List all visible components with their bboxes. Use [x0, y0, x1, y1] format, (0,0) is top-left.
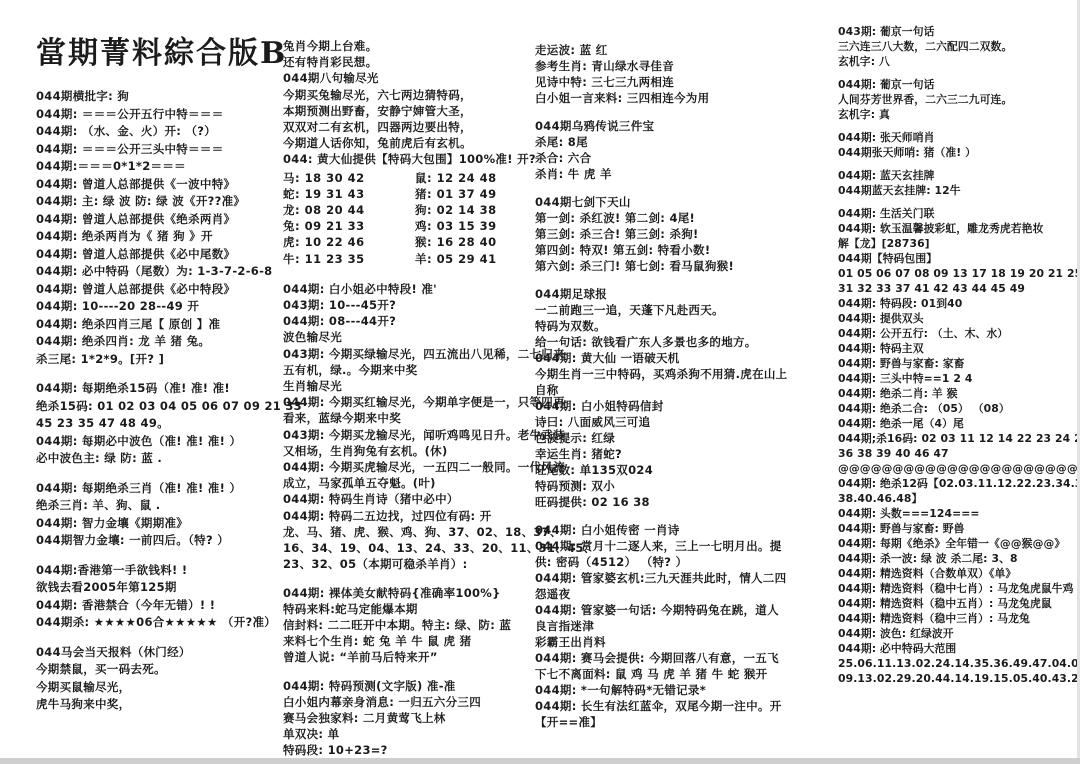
text-line: 044期:香港第一手欲钱料! ! [36, 562, 282, 580]
text-line: 玄机字: 八 [838, 54, 1076, 69]
text-line: 044期: 绝杀四肖: 龙 羊 猪 兔。 [36, 333, 282, 351]
line-spacer [535, 106, 807, 118]
text-line: 又相场，生肖狗兔有玄机。(休) [283, 443, 539, 459]
zodiac-row: 兔: 09 21 33鸡: 03 15 39 [283, 218, 539, 234]
text-line: 044期: 黄大仙 一语破天机 [535, 350, 807, 366]
text-line: 044期: 野兽与家畜: 家畜 [838, 356, 1076, 371]
line-spacer [283, 666, 539, 678]
line-spacer [36, 550, 282, 562]
zodiac-row: 蛇: 19 31 43猪: 01 37 49 [283, 186, 539, 202]
zodiac-cell-left: 蛇: 19 31 43 [283, 186, 415, 202]
text-line: 044期: 特码二五边找，过四位有码: 开 [283, 508, 539, 524]
text-line: 044期: 三头中特==1 2 4 [838, 371, 1076, 386]
zodiac-cell-right: 猪: 01 37 49 [415, 186, 497, 202]
text-line: 044期: 08---44开? [283, 313, 539, 329]
text-line: 给一句话: 欲钱看广东人多景也多的地方。 [535, 334, 807, 350]
text-line: 043期: 今期买龙输尽光，闻听鸡鸣见日升。老牛武装 [283, 427, 539, 443]
text-line: 044期: ＝＝＝公开三头中特＝＝＝ [36, 141, 282, 159]
text-line: 044期: 精选资料（稳中七肖）: 马龙兔虎鼠牛鸡 [838, 581, 1076, 596]
text-line: 043期: 10---45开? [283, 297, 539, 313]
text-line: 本期预测出野畜，安静宁婶管大圣， [283, 103, 539, 119]
column-1-lines: 044期横批字: 狗044期: ＝＝＝公开五行中特＝＝＝044期: （水、金、火… [36, 88, 282, 714]
text-line: 044期: 蓝天玄挂牌 [838, 168, 1076, 183]
text-line: 044期: 主: 绿 波 防: 绿 波《开??准》 [36, 193, 282, 211]
text-line: 044期;杀16码: 02 03 11 12 14 22 23 24 28 34… [838, 431, 1076, 446]
text-line: 今期禁鼠，买一码去死。 [36, 661, 282, 679]
text-line: 044期: 每期绝杀15码（准! 准! 准! [36, 380, 282, 398]
text-line: 杀合: 六合 [535, 150, 807, 166]
column-3-lines: 走运波: 蓝 红参考生肖: 青山绿水寻佳音见诗中特: 三七三九两相连白小姐一言来… [535, 42, 807, 730]
zodiac-cell-left: 虎: 10 22 46 [283, 234, 415, 250]
text-line: 09.13.02.29.20.44.14.19.15.05.40.43.27. [838, 671, 1076, 686]
text-line: 白小姐内幕亲身消息: 一归五六分三四 [283, 694, 539, 710]
page-title: 當期菁料綜合版B [36, 28, 282, 72]
zodiac-cell-right: 狗: 02 14 38 [415, 202, 497, 218]
text-line: 044期: 头数===124=== [838, 506, 1076, 521]
text-line: 看来，蓝绿今期来中奖 [283, 410, 539, 426]
text-line: 第四剑: 特双! 第五剑: 特看小数! [535, 242, 807, 258]
text-line: 色波提示: 红绿 [535, 430, 807, 446]
text-line: 044期: 今期买红输尽光，今期单字便是一，只等四再 [283, 394, 539, 410]
column-4-lines: 043期: 葡京一句话三六连三八大数，二六配四二双数。玄机字: 八044期: 葡… [838, 24, 1076, 686]
text-line: 解【龙】[28736] [838, 236, 1076, 251]
text-line: 044期: 提供双头 [838, 311, 1076, 326]
text-line: 25.06.11.13.02.24.14.35.36.49.47.04.03. [838, 656, 1076, 671]
text-line: 诗曰: 八面威风三可追 [535, 414, 807, 430]
text-line: 044期:＝＝＝0*1*2＝＝＝ [36, 158, 282, 176]
text-line: 044期: 绝杀12码【02.03.11.12.22.23.34.35.36 [838, 476, 1076, 491]
text-line: 信封料: 二二旺开中本期。特主: 绿、防: 蓝 [283, 617, 539, 633]
text-line: 双双对二有玄机，四器两边要出特， [283, 119, 539, 135]
text-line: 044期乌鸦传说三件宝 [535, 118, 807, 134]
text-line: 杀肖: 牛 虎 羊 [535, 166, 807, 182]
text-line: 五有机，绿.。今期来中奖 [283, 362, 539, 378]
text-line: 044期: 10----20 28--49 开 [36, 298, 282, 316]
text-line: 玄机字: 真 [838, 107, 1076, 122]
text-line: 幸运生肖: 猪蛇? [535, 446, 807, 462]
zodiac-cell-right: 鸡: 03 15 39 [415, 218, 497, 234]
text-line: 044期张天师哨: 猪（准! ） [838, 145, 1076, 160]
text-line: 044期: 精选资料（合数单双）《单》 [838, 566, 1076, 581]
text-line: 044期: 绝杀四肖三尾【 原创 】准 [36, 316, 282, 334]
text-line: 单双决: 单 [283, 726, 539, 742]
text-line: 044期: 白小姐特码信封 [535, 398, 807, 414]
text-line: 044期: 绝杀二肖: 羊 猴 [838, 386, 1076, 401]
text-line: 043期: 葡京一句话 [838, 24, 1076, 39]
scan-edge-bottom [0, 758, 1080, 764]
text-line: 044期【特码包围】 [838, 251, 1076, 266]
text-line: 044期: 绝杀两肖为《 猪 狗 》开 [36, 228, 282, 246]
zodiac-row: 马: 18 30 42鼠: 12 24 48 [283, 170, 539, 186]
text-line: 杀三尾: 1*2*9。[开? ] [36, 351, 282, 369]
text-line: 044期: 每期必中波色（准! 准! 准! ） [36, 433, 282, 451]
zodiac-row: 虎: 10 22 46猴: 16 28 40 [283, 234, 539, 250]
text-line: 赛马会独家料: 二月黄莺飞上林 [283, 710, 539, 726]
text-line: 044期: 必中特码（尾数）为: 1-3-7-2-6-8 [36, 263, 282, 281]
line-spacer [283, 269, 539, 281]
zodiac-number-table: 马: 18 30 42鼠: 12 24 48蛇: 19 31 43猪: 01 3… [283, 170, 539, 267]
text-line: 044期: 白小姐传密 一肖诗 [535, 522, 807, 538]
text-line: 【开==准】 [535, 714, 807, 730]
text-line: 044期: 赏月十二逐人来，三上一七明月出。提 [535, 538, 807, 554]
text-line: 044期: 生活关门联 [838, 206, 1076, 221]
text-line: 虎牛马狗来中奖， [36, 696, 282, 714]
text-line: 044期: 曾道人总部提供《必中特段》 [36, 281, 282, 299]
text-line: 见诗中特: 三七三九两相连 [535, 74, 807, 90]
text-line: 参考生肖: 青山绿水寻佳音 [535, 58, 807, 74]
line-spacer [535, 274, 807, 286]
zodiac-cell-right: 羊: 05 29 41 [415, 251, 497, 267]
text-line: 欲钱去看2005年第125期 [36, 579, 282, 597]
text-line: 044期: 每期绝杀三肖（准! 准! 准! ） [36, 480, 282, 498]
text-line: 波色输尽光 [283, 329, 539, 345]
zodiac-cell-right: 鼠: 12 24 48 [415, 170, 497, 186]
text-line: 今期买鼠输尽光， [36, 679, 282, 697]
zodiac-cell-right: 猴: 16 28 40 [415, 234, 497, 250]
zodiac-cell-left: 牛: 11 23 35 [283, 251, 415, 267]
text-line: 供: 密码（4512） （特? ） [535, 554, 807, 570]
text-line: 044期: *一句解特码*无错记录* [535, 682, 807, 698]
text-line: 044期: 特码预测(文字版) 准-准 [283, 678, 539, 694]
text-line: 生肖输尽光 [283, 378, 539, 394]
line-spacer [535, 182, 807, 194]
text-line: 必中波色主: 绿 防: 蓝 . [36, 450, 282, 468]
text-line: 特码预测: 双小 [535, 478, 807, 494]
text-line: 044期: 赛马会提供: 今期回落八有意，一五飞 [535, 650, 807, 666]
text-line: 044期: 野兽与家畜: 野兽 [838, 521, 1076, 536]
text-line: 043期: 今期买绿输尽光，四五流出八见稀，二七归来 [283, 346, 539, 362]
text-line: 044期: 必中特码大范围 [838, 641, 1076, 656]
text-line: 特码为双数。 [535, 318, 807, 334]
zodiac-cell-left: 马: 18 30 42 [283, 170, 415, 186]
text-line: 彩霸王出肖料 [535, 634, 807, 650]
text-line: 白小姐一言来料: 三四相连今为用 [535, 90, 807, 106]
text-line: 龙、马、猪、虎、猴、鸡、狗、37、02、18、37、 [283, 524, 539, 540]
text-line: 044期: 精选资料（稳中五肖）: 马龙兔虎鼠 [838, 596, 1076, 611]
text-line: 044马会当天报料（休门经） [36, 644, 282, 662]
line-spacer [535, 510, 807, 522]
text-line: 绝杀三肖: 羊、狗、鼠 . [36, 497, 282, 515]
line-spacer [36, 368, 282, 380]
text-line: 一二前跑三一追，天蓬下凡赴西天。 [535, 302, 807, 318]
text-line: 044: 黄大仙提供【特码大包围】100%准! 开? [283, 151, 539, 167]
text-line: 特码段: 10+23=? [283, 742, 539, 758]
line-spacer [36, 632, 282, 644]
text-line: 走运波: 蓝 红 [535, 42, 807, 58]
text-line: 成立，马家孤单五夺魁。(叶) [283, 475, 539, 491]
zodiac-cell-left: 兔: 09 21 33 [283, 218, 415, 234]
text-line: 044期: 杀一波: 绿 波 杀二尾: 3、8 [838, 551, 1076, 566]
text-line: 044期足球报 [535, 286, 807, 302]
text-line: 三六连三八大数，二六配四二双数。 [838, 39, 1076, 54]
column-4: 043期: 葡京一句话三六连三八大数，二六配四二双数。玄机字: 八044期: 葡… [838, 24, 1076, 686]
text-line: 01 05 06 07 08 09 13 17 18 19 20 21 25 2… [838, 266, 1076, 281]
text-line: 044期: 每期《绝杀》全年错一《@@猴@@》 [838, 536, 1076, 551]
text-line: @@@@@@@@@@@@@@@@@@@@@@ [838, 461, 1076, 476]
line-spacer [838, 160, 1076, 168]
text-line: 38.40.46.48】 [838, 491, 1076, 506]
text-line: 旺尾数: 单135双024 [535, 462, 807, 478]
text-line: 今期生肖一三中特码，买鸡杀狗不用猜.虎在山上 [535, 366, 807, 382]
text-line: 第六剑: 杀三门! 第七剑: 看马鼠狗猴! [535, 258, 807, 274]
line-spacer [838, 122, 1076, 130]
text-line: 16、34、19、04、13、24、33、20、11、31、45、 [283, 540, 539, 556]
lottery-tip-sheet-page: 當期菁料綜合版B 044期横批字: 狗044期: ＝＝＝公开五行中特＝＝＝044… [0, 0, 1080, 764]
column-2: 兔肖今期上台难。还有特肖彩民想。044期八句输尽光今期买兔输尽光，六七两边猜特码… [283, 38, 539, 759]
text-line: 23、32、05（本期可稳杀羊肖）: [283, 556, 539, 572]
text-line: 第一剑: 杀红波! 第二剑: 4尾! [535, 210, 807, 226]
text-line: 044期: ＝＝＝公开五行中特＝＝＝ [36, 106, 282, 124]
text-line: 044期: 绝杀二合: （05） （08） [838, 401, 1076, 416]
text-line: 044期: 葡京一句话 [838, 77, 1076, 92]
text-line: 044期: 管家婆玄机:三九天涯共此时，情人二四 [535, 570, 807, 586]
zodiac-row: 牛: 11 23 35羊: 05 29 41 [283, 251, 539, 267]
text-line: 044期: （水、金、火）开: （?） [36, 123, 282, 141]
text-line: 还有特肖彩民想。 [283, 54, 539, 70]
line-spacer [36, 468, 282, 480]
column-3: 走运波: 蓝 红参考生肖: 青山绿水寻佳音见诗中特: 三七三九两相连白小姐一言来… [535, 42, 807, 730]
column-2-bottom-lines: 044期: 白小姐必中特段! 准'043期: 10---45开?044期: 08… [283, 269, 539, 759]
text-line: 044期: 软玉温馨披彩虹，雕龙秀虎若艳妆 [838, 221, 1076, 236]
text-line: 人间芬芳世界香，二六三二九可连。 [838, 92, 1076, 107]
text-line: 特码来料:蛇马定能爆本期 [283, 601, 539, 617]
line-spacer [838, 198, 1076, 206]
text-line: 044期: 管家婆一句话: 今期特码兔在跳，道人 [535, 602, 807, 618]
text-line: 044期: 特码主双 [838, 341, 1076, 356]
text-line: 044期: 波色: 红绿波开 [838, 626, 1076, 641]
text-line: 36 38 39 40 46 47 [838, 446, 1076, 461]
zodiac-cell-left: 龙: 08 20 44 [283, 202, 415, 218]
text-line: 044期: 曾道人总部提供《必中尾数》 [36, 246, 282, 264]
text-line: 旺码提供: 02 16 38 [535, 494, 807, 510]
text-line: 044期: 长生有法红蓝伞，双尾今期一注中。开 [535, 698, 807, 714]
column-2-top-lines: 兔肖今期上台难。还有特肖彩民想。044期八句输尽光今期买兔输尽光，六七两边猜特码… [283, 38, 539, 168]
text-line: 曾道人说: “羊前马后特来开” [283, 649, 539, 665]
text-line: 杀尾: 8尾 [535, 134, 807, 150]
text-line: 45 23 35 47 48 49。 [36, 415, 282, 433]
column-1: 當期菁料綜合版B 044期横批字: 狗044期: ＝＝＝公开五行中特＝＝＝044… [36, 28, 282, 714]
text-line: 绝杀15码: 01 02 03 04 05 06 07 09 21 33 [36, 398, 282, 416]
text-line: 044期八句输尽光 [283, 70, 539, 86]
text-line: 兔肖今期上台难。 [283, 38, 539, 54]
text-line: 044期: 今期买虎输尽光，一五四二一般同。一代风流 [283, 459, 539, 475]
text-line: 怨遥夜 [535, 586, 807, 602]
text-line: 044期智力金壤: 一前四后。（特? ） [36, 532, 282, 550]
line-spacer [838, 69, 1076, 77]
text-line: 今期买兔输尽光，六七两边猜特码， [283, 87, 539, 103]
line-spacer [283, 573, 539, 585]
text-line: 044期蓝天玄挂牌: 12牛 [838, 183, 1076, 198]
zodiac-row: 龙: 08 20 44狗: 02 14 38 [283, 202, 539, 218]
text-line: 044期: 裸体美女献特码{准确率100%} [283, 585, 539, 601]
text-line: 044期: 曾道人总部提供《一波中特》 [36, 176, 282, 194]
text-line: 044期横批字: 狗 [36, 88, 282, 106]
text-line: 第三剑: 杀三合! 第三剑: 杀狗! [535, 226, 807, 242]
text-line: 044期: 公开五行: （土、木、水） [838, 326, 1076, 341]
text-line: 044期: 香港禁合（今年无错）! ! [36, 597, 282, 615]
text-line: 31 32 33 37 41 42 43 44 45 49 [838, 281, 1076, 296]
text-line: 044期杀: ★★★★06合★★★★★ （开?准） [36, 614, 282, 632]
text-line: 044期: 曾道人总部提供《绝杀两肖》 [36, 211, 282, 229]
text-line: 044期: 绝杀一尾（4）尾 [838, 416, 1076, 431]
text-line: 自称 [535, 382, 807, 398]
text-line: 044期: 精选资料（稳中三肖）: 马龙兔 [838, 611, 1076, 626]
text-line: 来料七个生肖: 蛇 兔 羊 牛 鼠 虎 猪 [283, 633, 539, 649]
text-line: 044期: 特码生肖诗（猪中必中） [283, 491, 539, 507]
text-line: 下七不离面料: 鼠 鸡 马 虎 羊 猪 牛 蛇 猴开 [535, 666, 807, 682]
text-line: 044期: 张天师哨肖 [838, 130, 1076, 145]
text-line: 今期道人话你知，兔前虎后有玄机。 [283, 135, 539, 151]
text-line: 044期七剑下天山 [535, 194, 807, 210]
text-line: 044期: 白小姐必中特段! 准' [283, 281, 539, 297]
text-line: 044期: 特码段: 01到40 [838, 296, 1076, 311]
text-line: 044期: 智力金壤《期期准》 [36, 515, 282, 533]
text-line: 良言指迷津 [535, 618, 807, 634]
